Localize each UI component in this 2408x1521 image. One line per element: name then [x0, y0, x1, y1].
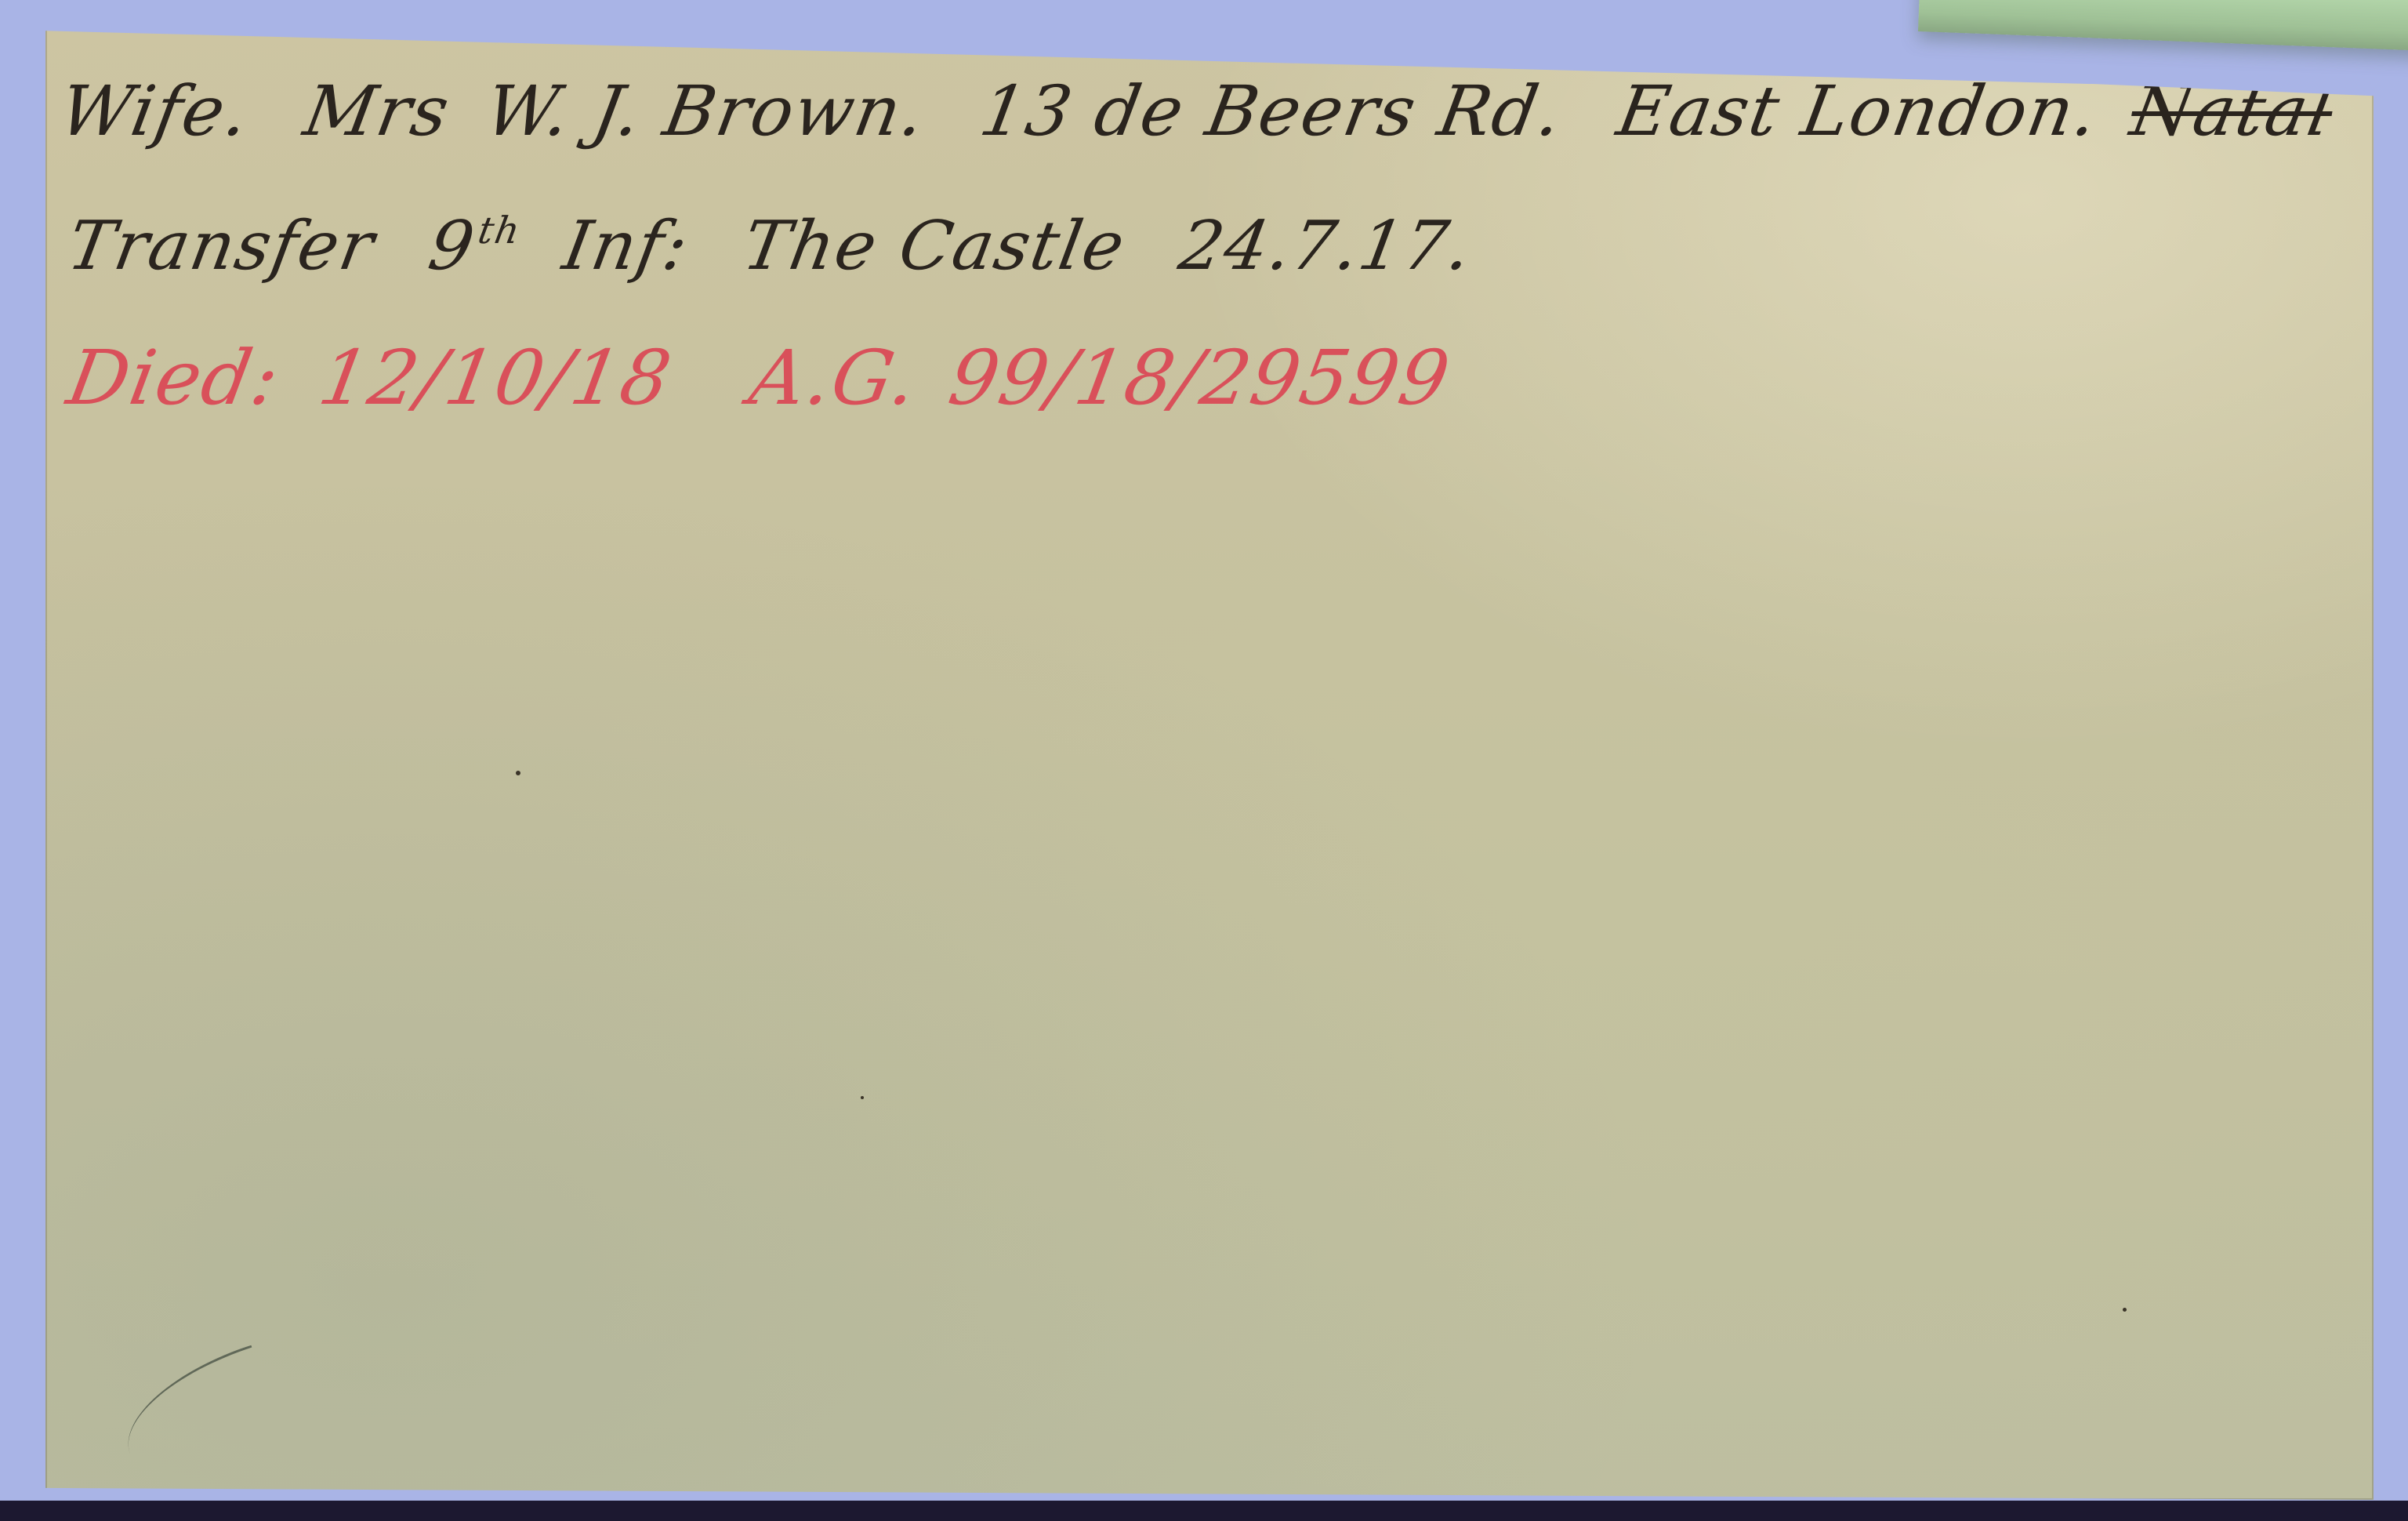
unit-type: Inf:	[557, 207, 695, 285]
kin-name: W. J. Brown.	[480, 71, 932, 151]
unit-number: 9th	[423, 207, 525, 285]
transfer-line: Transfer 9th Inf: The Castle 24.7.17.	[62, 207, 1511, 285]
scan-background: { "document": { "type": "service-record-…	[0, 0, 2408, 1521]
died-label: Died:	[61, 334, 287, 422]
paper-speck	[2123, 1308, 2127, 1312]
street-address: 13 de Beers Rd.	[974, 71, 1569, 151]
unit-number-digit: 9	[423, 207, 481, 285]
location: The Castle	[738, 207, 1132, 285]
green-paper-edge	[1918, 0, 2408, 53]
transfer-date: 24.7.17.	[1173, 207, 1478, 285]
city: East London.	[1612, 71, 2105, 151]
next-of-kin-line: Wife. Mrs W. J. Brown. 13 de Beers Rd. E…	[54, 71, 2373, 151]
transfer-label: Transfer	[62, 207, 381, 285]
struck-province: Natal	[2125, 71, 2340, 151]
ag-reference-number: 99/18/29599	[943, 334, 1457, 422]
paper-scratch-mark	[110, 1345, 271, 1454]
scanner-bottom-edge	[0, 1501, 2408, 1521]
relation-label: Wife.	[54, 71, 256, 151]
death-date: 12/10/18	[313, 334, 679, 422]
ag-reference-label: A.G.	[744, 334, 925, 422]
death-record-line: Died: 12/10/18 A.G. 99/18/29599	[61, 334, 1490, 422]
record-card: Wife. Mrs W. J. Brown. 13 de Beers Rd. E…	[45, 22, 2374, 1500]
unit-number-ordinal: th	[475, 209, 524, 252]
paper-speck	[516, 771, 520, 775]
paper-speck	[861, 1096, 864, 1099]
title-honorific: Mrs	[299, 71, 457, 151]
